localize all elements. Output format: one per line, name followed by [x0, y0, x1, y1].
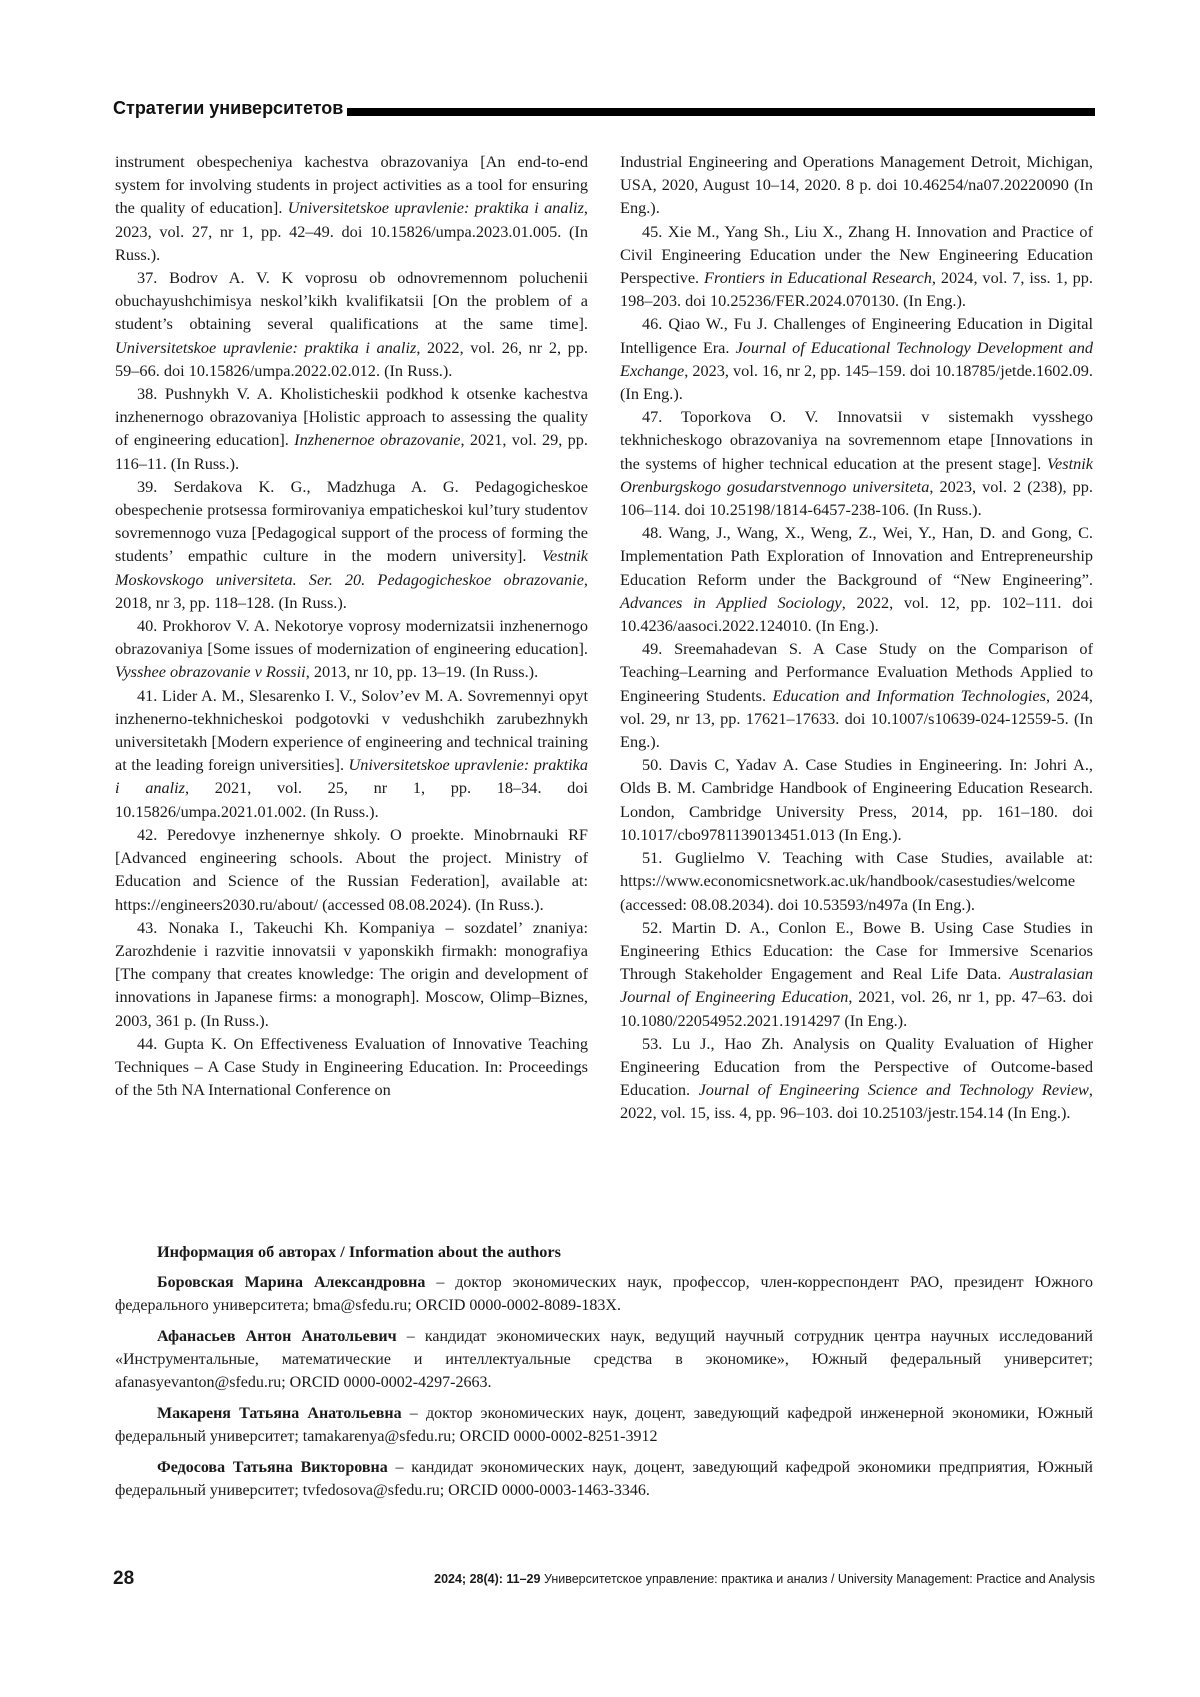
reference-item: 40. Prokhorov V. A. Nekotorye voprosy mo…	[115, 614, 588, 684]
journal-title: Frontiers in Educational Research	[704, 268, 932, 287]
reference-item: 48. Wang, J., Wang, X., Weng, Z., Wei, Y…	[620, 521, 1093, 637]
reference-item: 41. Lider A. M., Slesarenko I. V., Solov…	[115, 684, 588, 823]
section-title: Стратегии университетов	[113, 98, 343, 118]
author-info: Афанасьев Антон Анатольевич – кандидат э…	[115, 1325, 1093, 1394]
reference-item: 39. Serdakova K. G., Madzhuga A. G. Peda…	[115, 475, 588, 614]
page-number: 28	[113, 1568, 134, 1590]
reference-item: 46. Qiao W., Fu J. Challenges of Enginee…	[620, 312, 1093, 405]
author-name: Афанасьев Антон Анатольевич	[157, 1328, 397, 1345]
references-right-column: Industrial Engineering and Operations Ma…	[620, 150, 1093, 1125]
journal-title: Inzhenernoe obrazovanie	[294, 430, 460, 449]
reference-item: 37. Bodrov A. V. K voprosu ob odnovremen…	[115, 266, 588, 382]
authors-section: Информация об авторах / Information abou…	[115, 1240, 1093, 1510]
reference-item: 53. Lu J., Hao Zh. Analysis on Quality E…	[620, 1032, 1093, 1125]
header-rule	[347, 108, 1095, 116]
reference-item: 44. Gupta K. On Effectiveness Evaluation…	[115, 1032, 588, 1102]
reference-item: instrument obespecheniya kachestva obraz…	[115, 150, 588, 266]
journal-title: Vysshee obrazovanie v Rossii	[115, 662, 306, 681]
journal-title: Advances in Applied Sociology	[620, 593, 842, 612]
author-name: Боровская Марина Александровна	[157, 1274, 425, 1291]
running-header: Стратегии университетов	[113, 94, 1095, 118]
author-info: Боровская Марина Александровна – доктор …	[115, 1271, 1093, 1317]
author-info: Макареня Татьяна Анатольевна – доктор эк…	[115, 1402, 1093, 1448]
journal-title: Universitetskoe upravlenie: praktika i a…	[288, 198, 584, 217]
references-left-column: instrument obespecheniya kachestva obraz…	[115, 150, 588, 1125]
references-columns: instrument obespecheniya kachestva obraz…	[115, 150, 1093, 1125]
authors-heading: Информация об авторах / Information abou…	[157, 1240, 1093, 1263]
journal-title: Education and Information Technologies	[772, 686, 1046, 705]
reference-item: 43. Nonaka I., Takeuchi Kh. Kompaniya – …	[115, 916, 588, 1032]
journal-title: Journal of Engineering Science and Techn…	[699, 1080, 1089, 1099]
author-name: Федосова Татьяна Викторовна	[157, 1459, 388, 1476]
reference-item: 47. Toporkova O. V. Innovatsii v sistema…	[620, 405, 1093, 521]
author-info: Федосова Татьяна Викторовна – кандидат э…	[115, 1456, 1093, 1502]
author-name: Макареня Татьяна Анатольевна	[157, 1405, 402, 1422]
journal-title: Университетское управление: практика и а…	[540, 1572, 1095, 1586]
reference-item: 50. Davis C, Yadav A. Case Studies in En…	[620, 753, 1093, 846]
reference-item: 38. Pushnykh V. A. Kholisticheskii podkh…	[115, 382, 588, 475]
reference-item: 51. Guglielmo V. Teaching with Case Stud…	[620, 846, 1093, 916]
journal-citation: 2024; 28(4): 11–29 Университетское управ…	[434, 1572, 1095, 1586]
issue-info: 2024; 28(4): 11–29	[434, 1572, 540, 1586]
journal-title: Universitetskoe upravlenie: praktika i a…	[115, 338, 416, 357]
reference-item: 52. Martin D. A., Conlon E., Bowe B. Usi…	[620, 916, 1093, 1032]
page-footer: 28 2024; 28(4): 11–29 Университетское уп…	[113, 1568, 1095, 1592]
reference-item: 49. Sreemahadevan S. A Case Study on the…	[620, 637, 1093, 753]
reference-item: 45. Xie M., Yang Sh., Liu X., Zhang H. I…	[620, 220, 1093, 313]
reference-item: Industrial Engineering and Operations Ma…	[620, 150, 1093, 220]
reference-item: 42. Peredovye inzhenernye shkoly. O proe…	[115, 823, 588, 916]
